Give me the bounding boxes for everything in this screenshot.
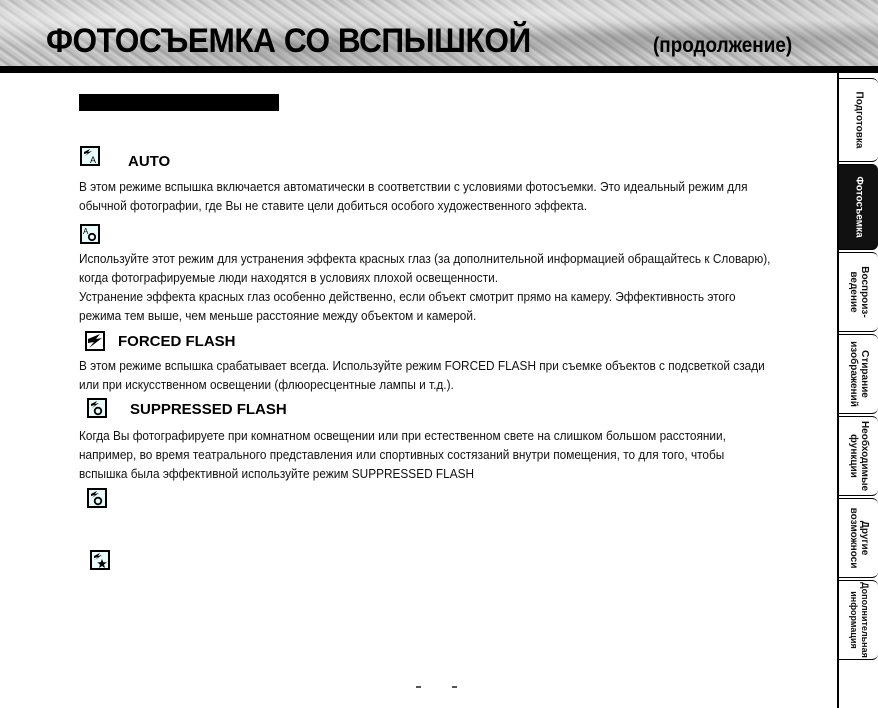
tab-label: Необходимые функции [848,421,870,491]
tab-other-features[interactable]: Другие возможноси [839,498,878,578]
svg-text:A: A [83,227,89,236]
tab-additional-info[interactable]: Дополнительная информация [839,580,878,660]
mode-title-suppressed-flash: SUPPRESSED FLASH [130,401,287,418]
text-line: режима тем выше, чем меньше расстояние м… [79,306,770,325]
text-line: Используйте этот режим для устранения эф… [79,249,770,268]
tab-label: Воспроиз- ведение [848,266,870,317]
page-title: ФОТОСЪЕМКА СО ВСПЫШКОЙ [46,22,531,61]
tab-label: Дополнительная информация [848,582,870,658]
suppressed-flash-icon [87,398,107,418]
text-line: например, во время театрального представ… [79,445,726,464]
tab-playback[interactable]: Воспроиз- ведение [839,252,878,332]
tab-label: Подготовка [853,92,864,149]
mode-title-forced-flash: FORCED FLASH [118,333,236,350]
tab-preparation[interactable]: Подготовка [839,78,878,162]
text-line: обычной фотографии, где Вы не ставите це… [79,196,747,215]
red-eye-reduction-icon: A [80,224,100,244]
tab-shooting[interactable]: Фотосъемка [839,164,878,250]
dash-mark [452,686,457,688]
text-line: когда фотографируемые люди находятся в у… [79,268,770,287]
tab-label: Фотосъемка [853,176,864,237]
mode-description-auto: В этом режиме вспышка включается автомат… [79,177,747,215]
dash-mark [416,686,421,688]
mode-title-auto: AUTO [128,153,170,170]
tab-erase-images[interactable]: Стирание изображений [839,334,878,414]
page-header-banner: ФОТОСЪЕМКА СО ВСПЫШКОЙ (продолжение) [0,0,878,66]
text-line: В этом режиме вспышка включается автомат… [79,177,747,196]
text-line: Когда Вы фотографируете при комнатном ос… [79,426,726,445]
svg-text:A: A [90,155,96,164]
tab-label: Другие возможноси [848,508,870,569]
text-line: В этом режиме вспышка срабатывает всегда… [79,356,765,375]
forced-flash-icon [85,331,105,351]
page-subtitle: (продолжение) [653,34,792,58]
flash-auto-icon: A [80,146,100,166]
mode-description-suppressed-flash: Когда Вы фотографируете при комнатном ос… [79,426,726,483]
text-line: вспышка была эффективной используйте реж… [79,464,726,483]
tab-essential-functions[interactable]: Необходимые функции [839,416,878,496]
header-divider [0,66,878,73]
mode-description-forced-flash: В этом режиме вспышка срабатывает всегда… [79,356,765,394]
text-line: или при искусственном освещении (флюорес… [79,375,765,394]
mode-description-red-eye: Используйте этот режим для устранения эф… [79,249,770,325]
redacted-heading-bar [79,94,279,111]
text-line: Устранение эффекта красных глаз особенно… [79,287,770,306]
flash-star-icon [90,550,110,570]
suppressed-flash-icon-2 [87,488,107,508]
tab-label: Стирание изображений [848,341,870,407]
